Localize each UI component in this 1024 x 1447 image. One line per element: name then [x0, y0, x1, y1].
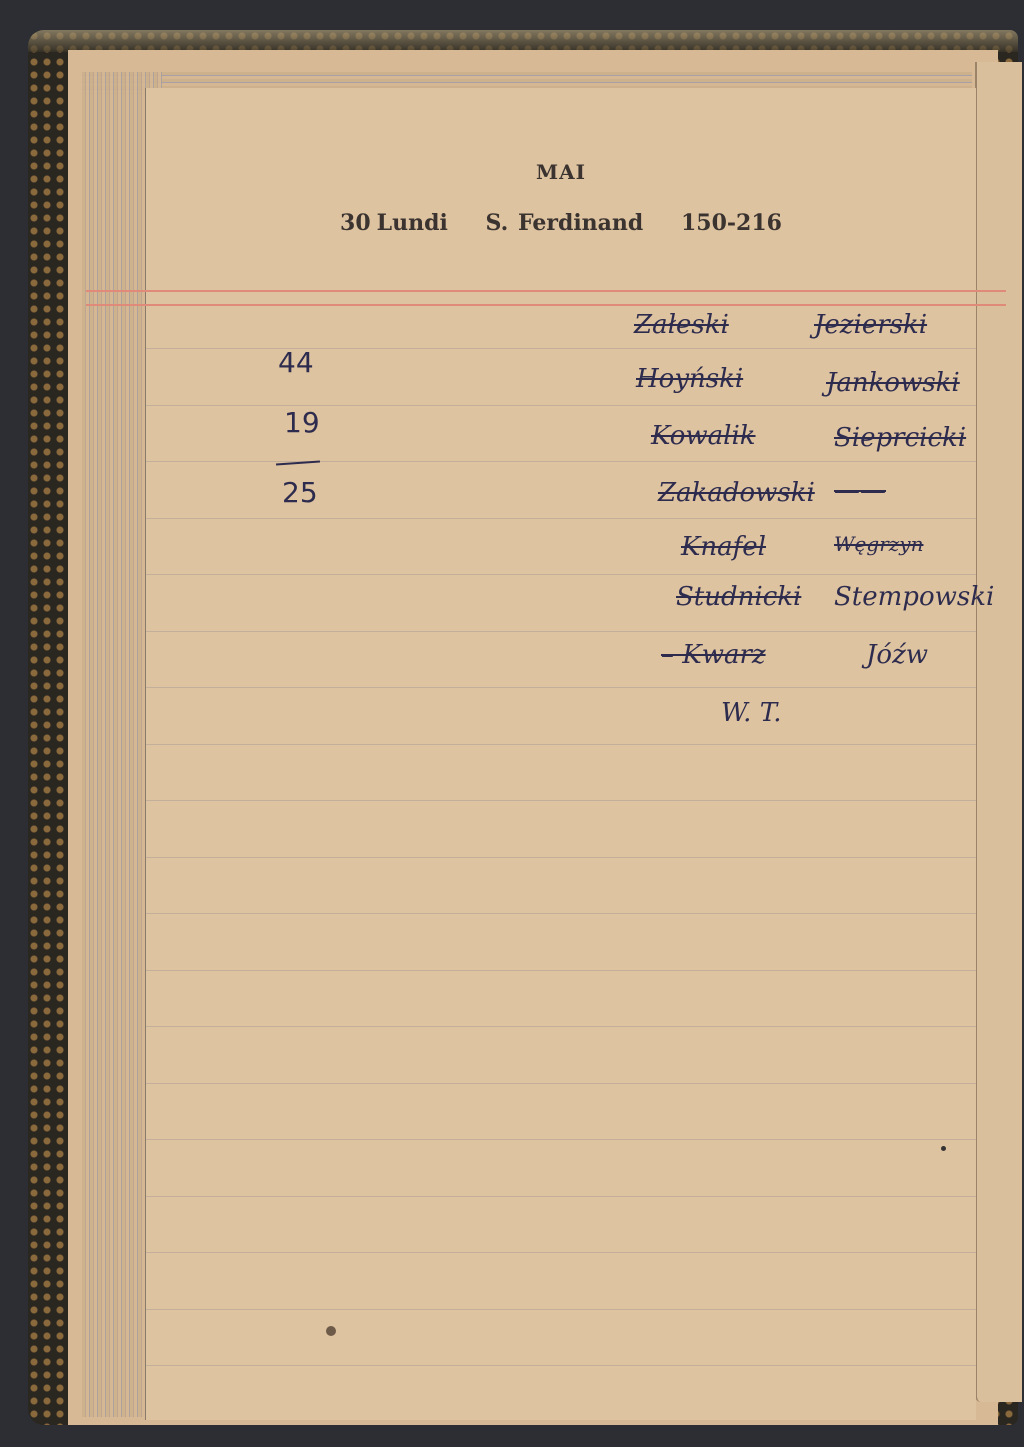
name-left-1: Załeski	[634, 310, 729, 340]
diary-page: MAI 30Lundi S. Ferdinand 150-216 44 19 2…	[145, 88, 976, 1420]
ruled-line	[146, 800, 976, 801]
name-left-7: – Kwarz	[661, 640, 766, 670]
name-right-4: ——	[834, 476, 886, 506]
ruled-line	[146, 970, 976, 971]
day-label: 30Lundi	[340, 210, 448, 236]
ruled-line	[146, 857, 976, 858]
ruled-line	[146, 687, 976, 688]
calc-result: 25	[282, 476, 318, 509]
ruled-line	[146, 1309, 976, 1310]
name-right-6: Stempowski	[834, 582, 994, 612]
ruled-line	[146, 744, 976, 745]
name-left-8: W. T.	[721, 698, 782, 728]
day-of-year: 150-216	[681, 210, 782, 236]
facing-page	[975, 62, 1022, 1402]
ruled-line	[146, 461, 976, 462]
name-right-2: Jankowski	[826, 368, 960, 398]
name-left-6: Studnicki	[676, 582, 801, 612]
name-right-1: Jezierski	[814, 310, 927, 340]
name-right-7: Jóźw	[866, 640, 928, 670]
ruled-line	[146, 405, 976, 406]
ruled-line	[146, 1365, 976, 1366]
paper-stain	[326, 1326, 336, 1336]
weekday: Lundi	[377, 210, 448, 236]
name-right-3: Sieprcicki	[834, 423, 966, 453]
day-number: 30	[340, 210, 371, 236]
day-heading: 30Lundi S. Ferdinand 150-216	[146, 210, 976, 236]
ruled-line	[146, 1139, 976, 1140]
name-left-2: Hoyński	[636, 364, 743, 394]
cover-top-edge	[28, 30, 1018, 52]
name-left-3: Kowalik	[651, 421, 756, 451]
name-left-4: Zakadowski	[658, 478, 815, 508]
ruled-line	[146, 574, 976, 575]
ruled-line	[146, 1252, 976, 1253]
saint-name: S. Ferdinand	[486, 210, 644, 236]
red-rule-bottom	[86, 304, 1006, 306]
name-left-5: Knafel	[681, 532, 766, 562]
ruled-line	[146, 518, 976, 519]
name-right-5: Węgrzyn	[834, 532, 923, 556]
ruled-line	[146, 348, 976, 349]
ruled-line	[146, 1083, 976, 1084]
ruled-line	[146, 1196, 976, 1197]
month-heading: MAI	[146, 160, 976, 184]
paper-speck	[941, 1146, 946, 1151]
calc-second: 19	[284, 406, 320, 439]
red-rule-top	[86, 290, 1006, 292]
calc-first: 44	[278, 346, 314, 379]
ruled-line	[146, 1026, 976, 1027]
ruled-line	[146, 631, 976, 632]
ruled-line	[146, 913, 976, 914]
